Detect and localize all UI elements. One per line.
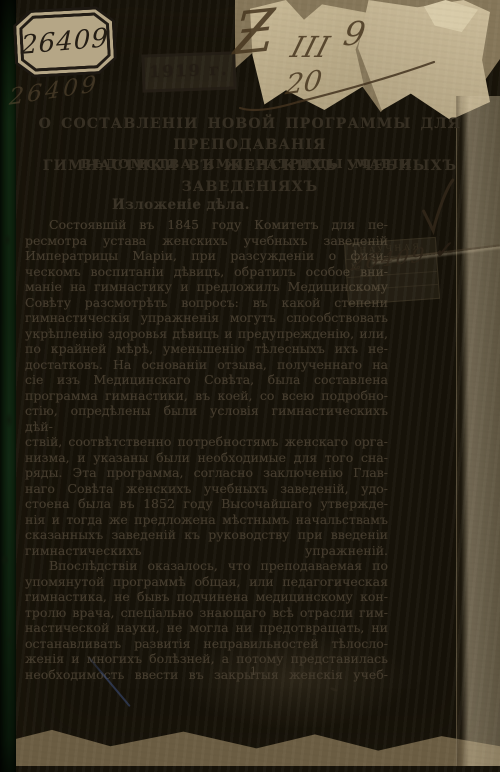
checkmark-icon xyxy=(418,175,456,237)
paragraph-2: Впослѣдствіи оказалось, что преподаваема… xyxy=(25,558,388,682)
shelfmark-handwriting: Ƶ III 9 20 xyxy=(228,4,443,116)
body-text-column: Состоявшій въ 1845 году Комитетъ для пе-… xyxy=(25,217,388,682)
paragraph-1-last-line: гимнастическихъ упражненій. xyxy=(25,543,388,559)
shelfmark-pen-stroke xyxy=(228,42,443,114)
year-stamp: 1919 г. xyxy=(141,51,236,92)
shelfmark-denominator: 20 xyxy=(284,64,324,102)
paragraph-1: Состоявшій въ 1845 году Комитетъ для пе-… xyxy=(25,217,388,543)
label-number: 26409 xyxy=(13,3,116,80)
checkmark-icon: ✓ xyxy=(433,236,457,264)
section-heading: Изложеніе дѣла. xyxy=(112,197,250,213)
page-number: 1 xyxy=(250,665,257,678)
library-shelf-label: 26409 xyxy=(12,5,117,78)
green-cloth-binding xyxy=(0,0,16,772)
document-title-line3: ВѢДОМСТВА ИМПЕРАТРИЦЫ МАРІИ. xyxy=(28,156,472,171)
scanned-document-page: О СОСТАВЛЕНІИ НОВОЙ ПРОГРАММЫ ДЛЯ ПРЕПОД… xyxy=(0,0,500,772)
